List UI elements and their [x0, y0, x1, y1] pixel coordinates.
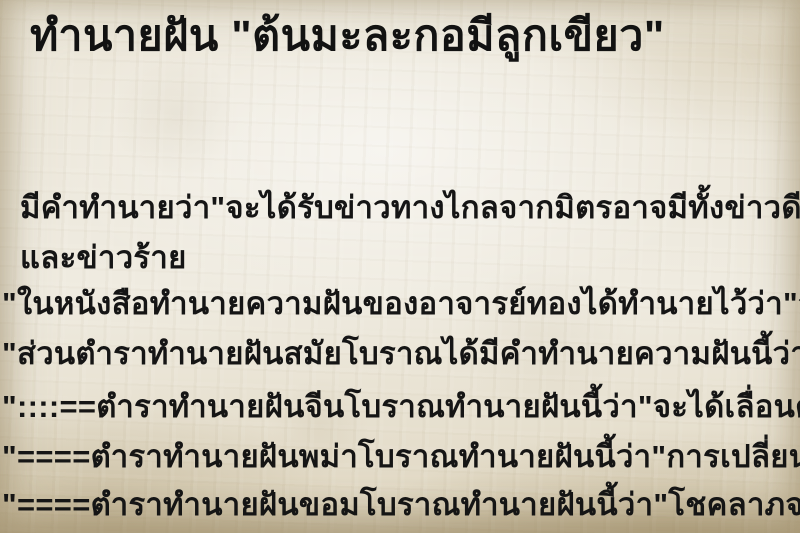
prediction-intro-line-1: มีคำทำนายว่า"จะได้รับข่าวทางไกลจากมิตรอา…: [20, 186, 800, 230]
prediction-intro-line-2: และข่าวร้าย: [20, 236, 187, 280]
prediction-burmese-text-line: "====ตำราทำนายฝันพม่าโบราณทำนายฝันนี้ว่า…: [2, 435, 800, 479]
prediction-ajarn-thong-line: "ในหนังสือทำนายความฝันของอาจารย์ทองได้ทำ…: [2, 282, 800, 326]
dream-interpretation-page: ทำนายฝัน "ต้นมะละกอมีลูกเขียว" มีคำทำนาย…: [0, 0, 800, 533]
page-title: ทำนายฝัน "ต้นมะละกอมีลูกเขียว": [30, 6, 665, 66]
page-title-text: ทำนายฝัน "ต้นมะละกอมีลูกเขียว": [30, 12, 665, 60]
prediction-khmer-text-line: "====ตำราทำนายฝันขอมโบราณทำนายฝันนี้ว่า"…: [2, 483, 800, 527]
prediction-ancient-text-line: "ส่วนตำราทำนายฝันสมัยโบราณได้มีคำทำนายคว…: [2, 332, 800, 376]
prediction-chinese-text-line: "::::==ตำราทำนายฝันจีนโบราณทำนายฝันนี้ว่…: [2, 385, 800, 429]
